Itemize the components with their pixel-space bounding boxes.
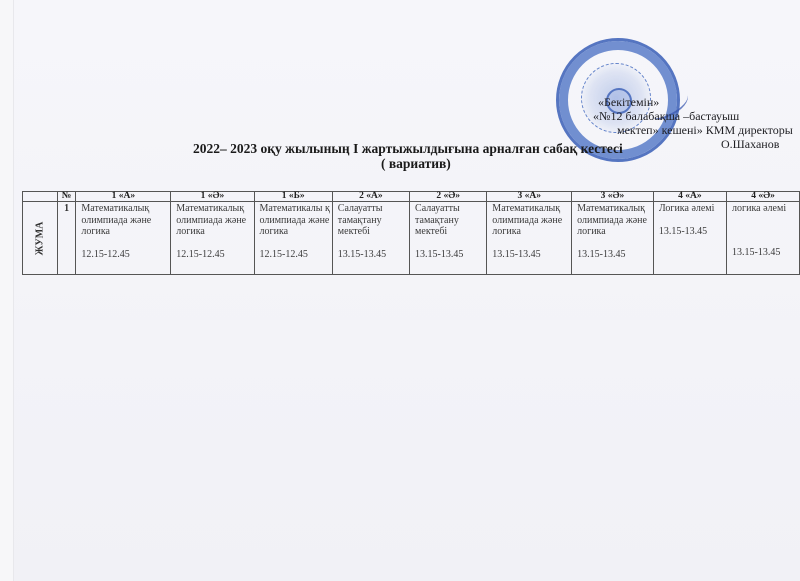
header-class-2ae: 2 «Ә»: [410, 192, 487, 202]
lesson-subject: Логика әлемі: [659, 203, 726, 215]
day-cell: ЖУМА: [23, 202, 58, 275]
lesson-cell: логика әлемі 13.15-13.45: [727, 202, 800, 275]
lesson-subject: Математикалық олимпиада және логика: [81, 203, 170, 238]
header-class-3a: 3 «А»: [487, 192, 572, 202]
header-number: №: [57, 192, 76, 202]
title-line-1: 2022– 2023 оқу жылының І жартыжылдығына …: [193, 141, 623, 157]
scan-edge: [0, 0, 14, 581]
header-class-1b: 1 «Б»: [254, 192, 332, 202]
header-class-1a: 1 «А»: [76, 192, 171, 202]
header-class-4ae: 4 «Ә»: [727, 192, 800, 202]
schedule-table: № 1 «А» 1 «Ә» 1 «Б» 2 «А» 2 «Ә» 3 «А» 3 …: [22, 191, 800, 275]
lesson-cell: Математикалы қ олимпиада және логика 12.…: [254, 202, 332, 275]
lesson-subject: логика әлемі: [732, 203, 799, 215]
lesson-cell: Математикалық олимпиада және логика 12.1…: [171, 202, 254, 275]
approval-signatory: О.Шаханов: [721, 138, 779, 152]
lesson-subject: Математикалы қ олимпиада және логика: [260, 203, 332, 238]
lesson-time: 13.15-13.45: [338, 249, 409, 261]
lesson-subject: Математикалық олимпиада және логика: [176, 203, 253, 238]
lesson-number: 1: [57, 202, 76, 275]
day-label: ЖУМА: [34, 221, 45, 255]
approval-line-2: «№12 балабақша –бастауыш: [593, 110, 739, 124]
lesson-time: 13.15-13.45: [659, 226, 726, 238]
table-row: ЖУМА 1 Математикалық олимпиада және логи…: [23, 202, 800, 275]
header-class-4a: 4 «А»: [653, 192, 726, 202]
header-row: № 1 «А» 1 «Ә» 1 «Б» 2 «А» 2 «Ә» 3 «А» 3 …: [23, 192, 800, 202]
lesson-cell: Математикалық олимпиада және логика 13.1…: [572, 202, 654, 275]
lesson-time: 12.15-12.45: [81, 249, 170, 261]
lesson-time: 13.15-13.45: [492, 249, 571, 261]
lesson-subject: Салауатты тамақтану мектебі: [415, 203, 486, 238]
lesson-cell: Салауатты тамақтану мектебі 13.15-13.45: [332, 202, 409, 275]
lesson-subject: Математикалық олимпиада және логика: [577, 203, 653, 238]
approval-line-3: мектеп» кешені» КММ директоры: [617, 124, 793, 138]
lesson-cell: Логика әлемі 13.15-13.45: [653, 202, 726, 275]
lesson-subject: Салауатты тамақтану мектебі: [338, 203, 409, 238]
lesson-time: 13.15-13.45: [732, 247, 799, 259]
header-day: [23, 192, 58, 202]
header-class-1ae: 1 «Ә»: [171, 192, 254, 202]
title-line-2: ( вариатив): [381, 156, 451, 172]
lesson-time: 12.15-12.45: [176, 249, 253, 261]
lesson-time: 12.15-12.45: [260, 249, 332, 261]
lesson-cell: Салауатты тамақтану мектебі 13.15-13.45: [410, 202, 487, 275]
header-class-2a: 2 «А»: [332, 192, 409, 202]
lesson-time: 13.15-13.45: [577, 249, 653, 261]
lesson-cell: Математикалық олимпиада және логика 13.1…: [487, 202, 572, 275]
document-page: [14, 0, 800, 581]
lesson-time: 13.15-13.45: [415, 249, 486, 261]
header-class-3ae: 3 «Ә»: [572, 192, 654, 202]
lesson-cell: Математикалық олимпиада және логика 12.1…: [76, 202, 171, 275]
approval-line-1: «Бекітемін»: [598, 96, 659, 110]
lesson-subject: Математикалық олимпиада және логика: [492, 203, 571, 238]
